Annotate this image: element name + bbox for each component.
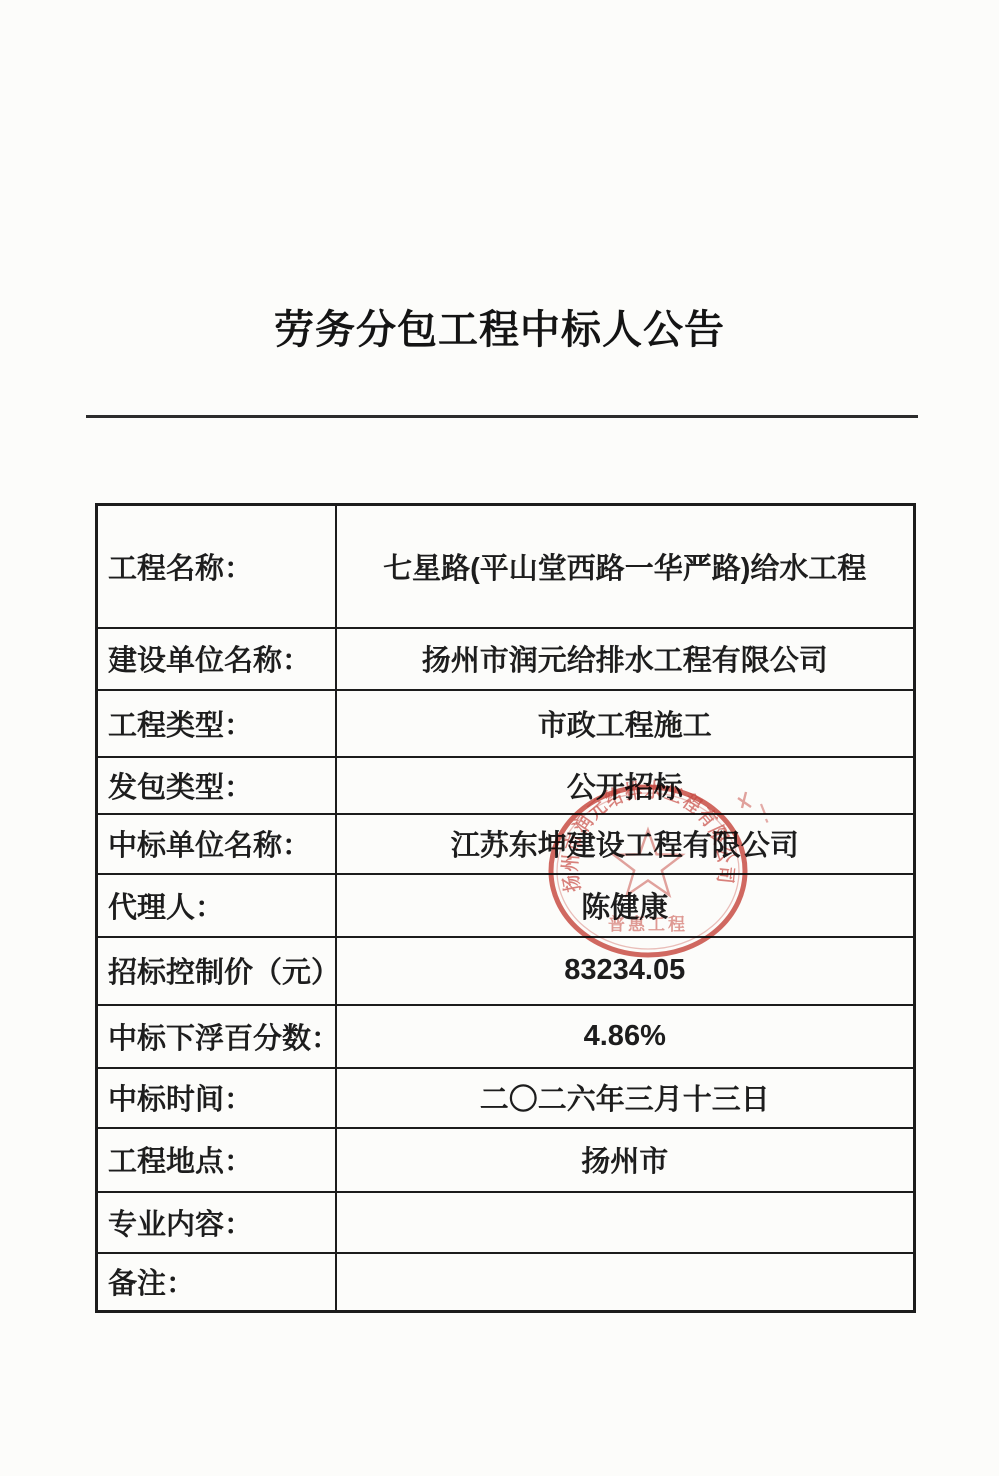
- field-value: 公开招标: [336, 757, 915, 814]
- table-row: 工程名称：七星路(平山堂西路一华严路)给水工程: [97, 505, 915, 628]
- field-label: 中标单位名称：: [97, 814, 336, 874]
- field-label: 招标控制价（元）: [97, 937, 336, 1005]
- table-row: 工程地点：扬州市: [97, 1128, 915, 1192]
- field-label: 备注：: [97, 1253, 336, 1312]
- field-value: [336, 1253, 915, 1312]
- field-value: 83234.05: [336, 937, 915, 1005]
- table-row: 招标控制价（元）83234.05: [97, 937, 915, 1005]
- field-value: 4.86%: [336, 1005, 915, 1068]
- table-row: 专业内容：: [97, 1192, 915, 1253]
- field-label: 建设单位名称：: [97, 628, 336, 690]
- table-row: 备注：: [97, 1253, 915, 1312]
- announcement-table: 工程名称：七星路(平山堂西路一华严路)给水工程建设单位名称：扬州市润元给排水工程…: [95, 503, 916, 1313]
- field-label: 工程地点：: [97, 1128, 336, 1192]
- field-label: 工程类型：: [97, 690, 336, 757]
- table-row: 发包类型：公开招标: [97, 757, 915, 814]
- scanned-announcement-page: 劳务分包工程中标人公告 工程名称：七星路(平山堂西路一华严路)给水工程建设单位名…: [0, 0, 999, 1476]
- field-label: 中标时间：: [97, 1068, 336, 1128]
- table-row: 中标时间：二〇二六年三月十三日: [97, 1068, 915, 1128]
- table-row: 中标单位名称：江苏东坤建设工程有限公司: [97, 814, 915, 874]
- field-value: 七星路(平山堂西路一华严路)给水工程: [336, 505, 915, 628]
- table-row: 中标下浮百分数：4.86%: [97, 1005, 915, 1068]
- field-label: 中标下浮百分数：: [97, 1005, 336, 1068]
- table-row: 工程类型：市政工程施工: [97, 690, 915, 757]
- field-value: [336, 1192, 915, 1253]
- table-row: 代理人：陈健康: [97, 874, 915, 937]
- field-label: 发包类型：: [97, 757, 336, 814]
- field-value: 扬州市: [336, 1128, 915, 1192]
- title-underline: [86, 415, 918, 418]
- field-label: 工程名称：: [97, 505, 336, 628]
- field-label: 专业内容：: [97, 1192, 336, 1253]
- page-title: 劳务分包工程中标人公告: [0, 298, 999, 355]
- table-row: 建设单位名称：扬州市润元给排水工程有限公司: [97, 628, 915, 690]
- field-value: 扬州市润元给排水工程有限公司: [336, 628, 915, 690]
- field-value: 陈健康: [336, 874, 915, 937]
- field-label: 代理人：: [97, 874, 336, 937]
- field-value: 二〇二六年三月十三日: [336, 1068, 915, 1128]
- field-value: 江苏东坤建设工程有限公司: [336, 814, 915, 874]
- field-value: 市政工程施工: [336, 690, 915, 757]
